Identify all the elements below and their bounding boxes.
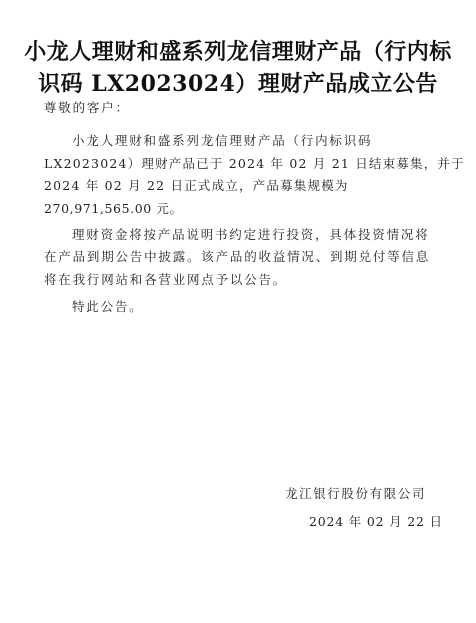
- paragraph-1-line-1: 小龙人理财和盛系列龙信理财产品（行内标识码: [72, 131, 372, 151]
- salutation: 尊敬的客户：: [44, 98, 130, 118]
- signature-date: 2024 年 02 月 22 日: [309, 512, 443, 532]
- paragraph-1-line-3: 2024 年 02 月 22 日正式成立，产品募集规模为: [44, 176, 349, 196]
- paragraph-2-line-3: 将在我行网站和各营业网点予以公告。: [44, 270, 287, 290]
- paragraph-2-line-2: 在产品到期公告中披露。该产品的收益情况、到期兑付等信息: [44, 247, 430, 267]
- paragraph-2-line-1: 理财资金将按产品说明书约定进行投资，具体投资情况将: [72, 225, 430, 245]
- paragraph-1-line-2: LX2023024）理财产品已于 2024 年 02 月 21 日结束募集，并于: [44, 154, 465, 174]
- paragraph-1-line-4: 270,971,565.00 元。: [44, 199, 183, 219]
- signature-company: 龙江银行股份有限公司: [285, 484, 426, 504]
- document-title-line-1: 小龙人理财和盛系列龙信理财产品（行内标: [0, 34, 476, 70]
- closing-remark: 特此公告。: [72, 297, 144, 317]
- document-title-line-2: 识码 LX2023024）理财产品成立公告: [0, 66, 476, 102]
